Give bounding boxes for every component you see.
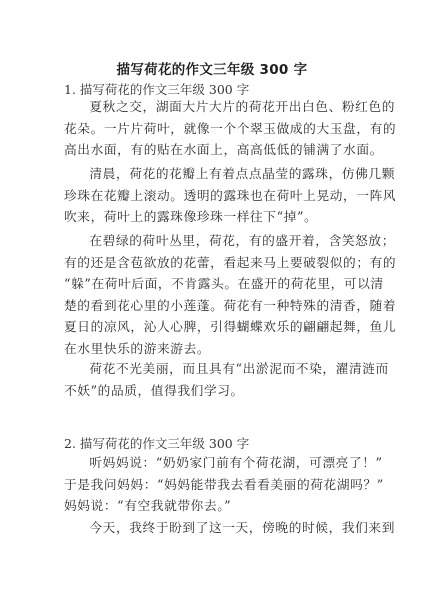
section-2-paragraph-1: 听妈妈说：“奶奶家门前有个荷花湖，可漂亮了！” 于是我问妈妈：“妈妈能带我去看看… [64,452,361,517]
text-line: 在碧绿的荷叶丛里，荷花，有的盛开着，含笑怒放； [64,230,361,252]
document-page: 描写荷花的作文三年级 300 字 1. 描写荷花的作文三年级 300 字 夏秋之… [0,0,424,600]
text-line: 妈妈说：“有空我就带你去。” [64,495,361,517]
text-line: 珍珠在花瓣上滚动。透明的露珠也在荷叶上晃动，一阵风 [64,185,361,207]
text-line: 夏秋之交，湖面大片大片的荷花开出白色、粉红色的 [64,96,361,118]
text-line: 夏日的凉风，沁人心脾，引得蝴蝶欢乐的翩翩起舞，鱼儿 [64,316,361,338]
section-1-paragraph-3: 在碧绿的荷叶丛里，荷花，有的盛开着，含笑怒放； 有的还是含苞欲放的花蕾，看起来马… [64,230,361,359]
text-line: 今天，我终于盼到了这一天，傍晚的时候，我们来到 [64,517,361,539]
text-line: 于是我问妈妈：“妈妈能带我去看看美丽的荷花湖吗？” [64,474,361,496]
text-line: 听妈妈说：“奶奶家门前有个荷花湖，可漂亮了！” [64,452,361,474]
text-line: 花朵。一片片荷叶，就像一个个翠玉做成的大玉盘，有的 [64,118,361,140]
text-line: 不妖”的品质，值得我们学习。 [64,380,361,402]
section-1-paragraph-2: 清晨，荷花的花瓣上有着点点晶莹的露珠，仿佛几颗 珍珠在花瓣上滚动。透明的露珠也在… [64,163,361,228]
text-line: 清晨，荷花的花瓣上有着点点晶莹的露珠，仿佛几颗 [64,163,361,185]
text-line: “躲”在荷叶后面，不肯露头。在盛开的荷花里，可以清 [64,273,361,295]
section-2-paragraph-2: 今天，我终于盼到了这一天，傍晚的时候，我们来到 [64,517,361,539]
text-line: 楚的看到花心里的小莲蓬。荷花有一种特殊的清香，随着 [64,295,361,317]
text-line: 在水里快乐的游来游去。 [64,338,361,360]
section-1-paragraph-1: 夏秋之交，湖面大片大片的荷花开出白色、粉红色的 花朵。一片片荷叶，就像一个个翠玉… [64,96,361,161]
text-line: 有的还是含苞欲放的花蕾，看起来马上要破裂似的；有的 [64,252,361,274]
section-2-heading: 2. 描写荷花的作文三年级 300 字 [64,434,249,452]
text-line: 高出水面，有的贴在水面上，高高低低的铺满了水面。 [64,139,361,161]
section-1-paragraph-4: 荷花不光美丽，而且具有“出淤泥而不染，濯清涟而 不妖”的品质，值得我们学习。 [64,358,361,401]
document-title: 描写荷花的作文三年级 300 字 [0,58,424,78]
text-line: 吹来，荷叶上的露珠像珍珠一样往下“掉”。 [64,206,361,228]
text-line: 荷花不光美丽，而且具有“出淤泥而不染，濯清涟而 [64,358,361,380]
